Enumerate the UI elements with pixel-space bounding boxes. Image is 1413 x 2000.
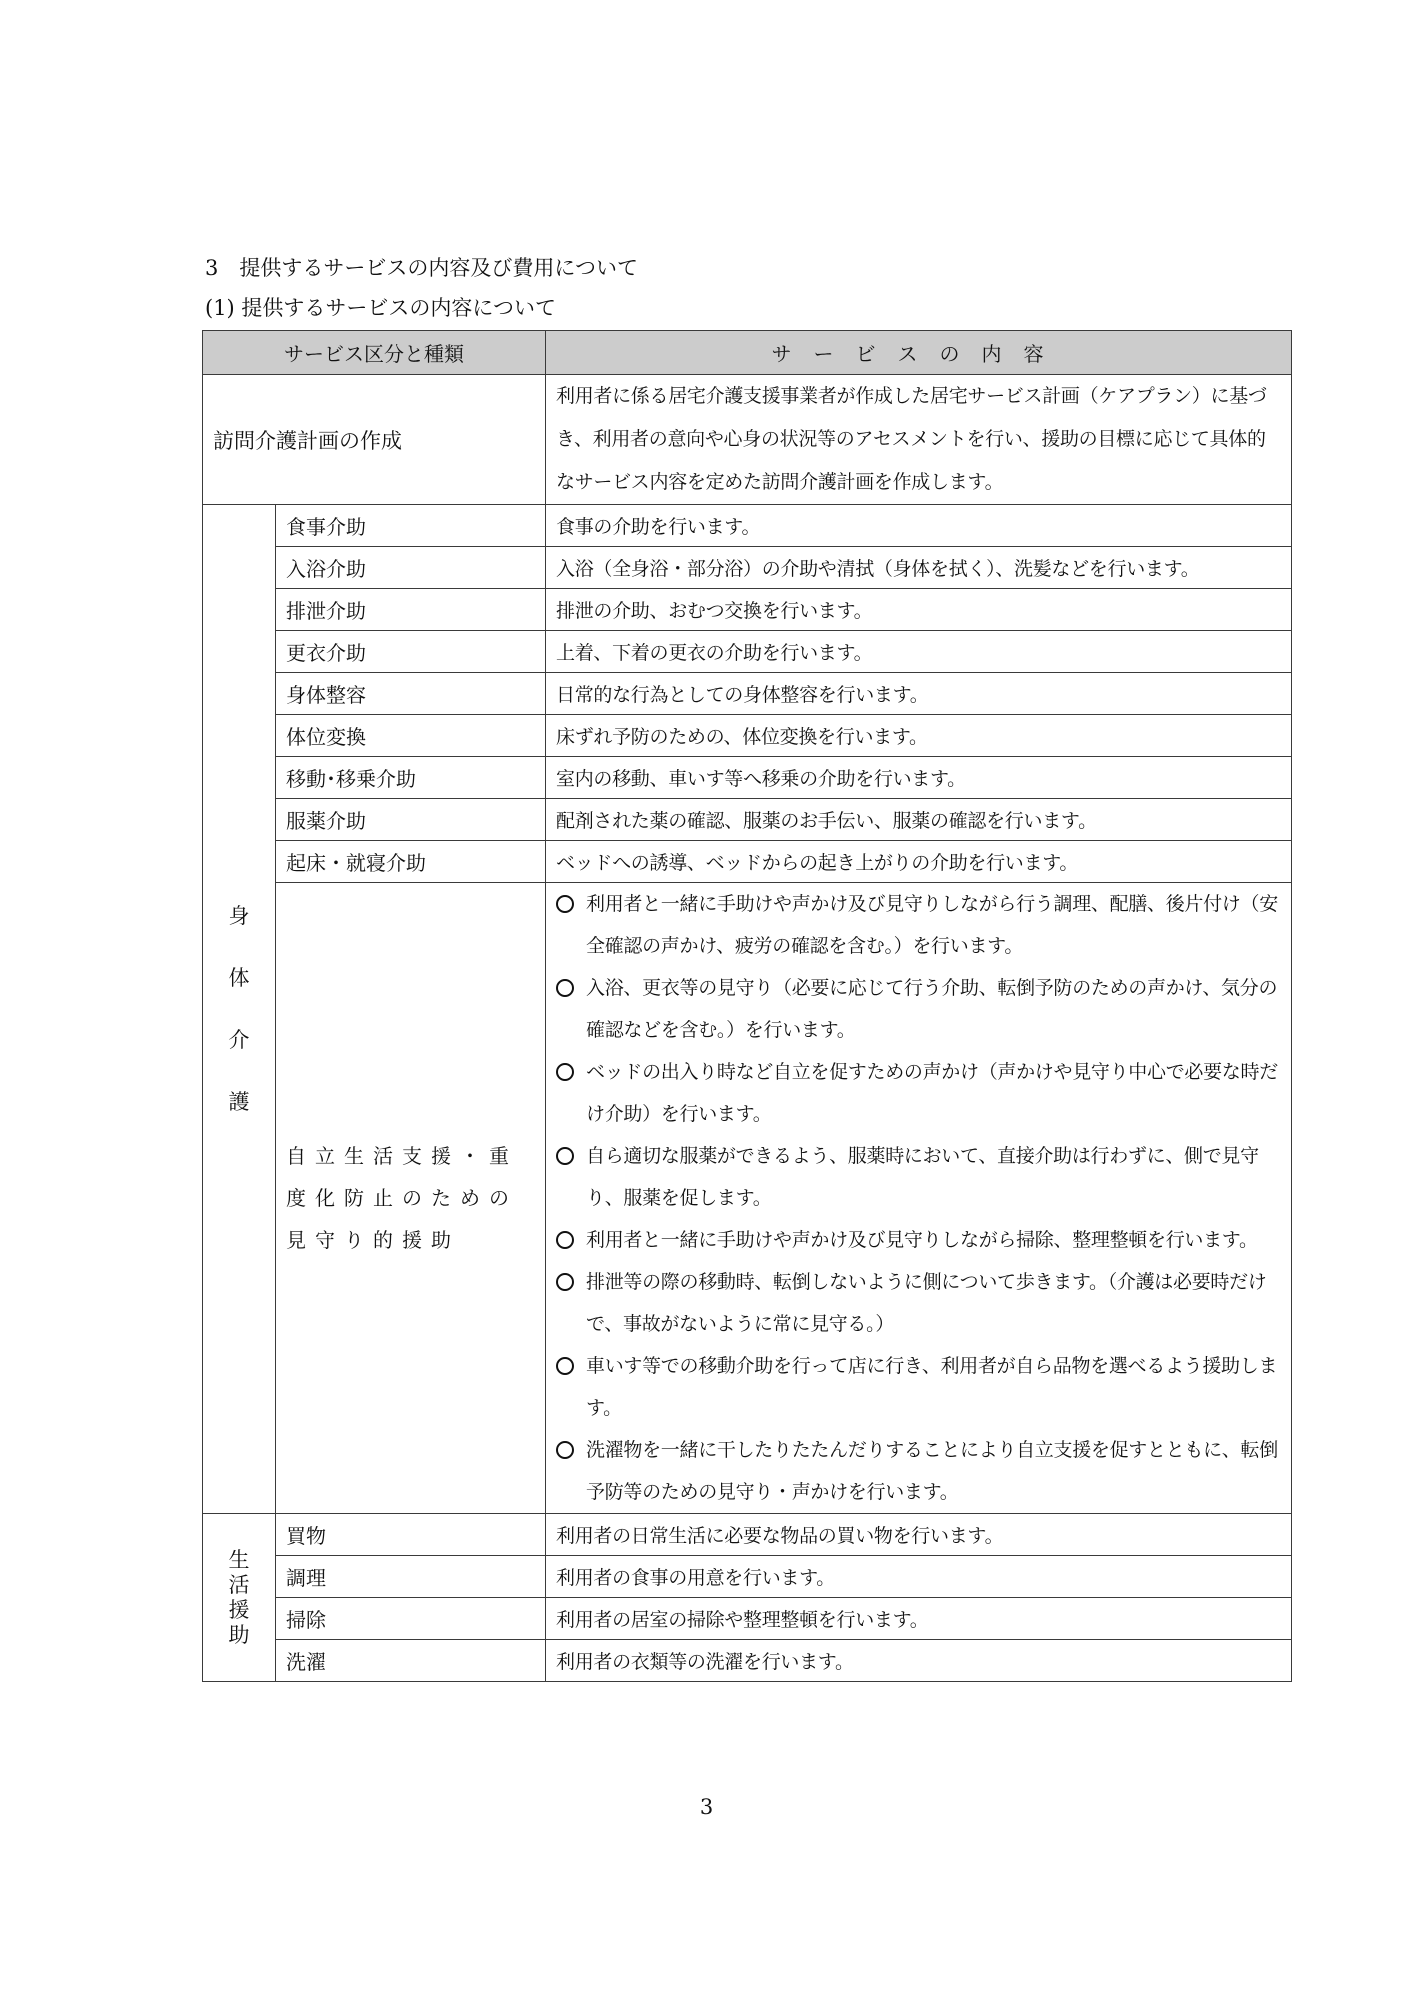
page-number: 3 — [0, 1795, 1413, 1819]
table-row: 体位変換 床ずれ予防のための、体位変換を行います。 — [203, 715, 1292, 757]
service-description: 利用者の居室の掃除や整理整頓を行います。 — [546, 1598, 1292, 1640]
table-row-independence-support: 自立生活支援・重度化防止のための見守り的援助 利用者と一緒に手助けや声かけ及び見… — [203, 883, 1292, 1514]
list-item: 利用者と一緒に手助けや声かけ及び見守りしながら掃除、整理整頓を行います。 — [556, 1219, 1281, 1261]
table-row: 移動･移乗介助 室内の移動、車いす等へ移乗の介助を行います。 — [203, 757, 1292, 799]
circle-bullet-icon — [556, 1441, 574, 1459]
service-type: 起床・就寝介助 — [276, 841, 546, 883]
list-item: 洗濯物を一緒に干したりたたんだりすることにより自立支援を促すとともに、転倒予防等… — [556, 1429, 1281, 1513]
subsection-title: (1) 提供するサービスの内容について — [205, 293, 556, 323]
service-description: 排泄の介助、おむつ交換を行います。 — [546, 589, 1292, 631]
table-row: 身 体 介 護 食事介助 食事の介助を行います。 — [203, 505, 1292, 547]
service-description: 床ずれ予防のための、体位変換を行います。 — [546, 715, 1292, 757]
service-description: 食事の介助を行います。 — [546, 505, 1292, 547]
table-row: 掃除 利用者の居室の掃除や整理整頓を行います。 — [203, 1598, 1292, 1640]
table-row: 洗濯 利用者の衣類等の洗濯を行います。 — [203, 1640, 1292, 1682]
list-item: 入浴、更衣等の見守り（必要に応じて行う介助、転倒予防のための声かけ、気分の確認な… — [556, 967, 1281, 1051]
section-title: 3 提供するサービスの内容及び費用について — [205, 253, 638, 283]
service-type: 洗濯 — [276, 1640, 546, 1682]
group-label-daily-living: 生 活 援 助 — [203, 1514, 276, 1682]
service-description: 利用者の日常生活に必要な物品の買い物を行います。 — [546, 1514, 1292, 1556]
service-type: 身体整容 — [276, 673, 546, 715]
list-item: ベッドの出入り時など自立を促すための声かけ（声かけや見守り中心で必要な時だけ介助… — [556, 1051, 1281, 1135]
service-description: 配剤された薬の確認、服薬のお手伝い、服薬の確認を行います。 — [546, 799, 1292, 841]
table-row: 身体整容 日常的な行為としての身体整容を行います。 — [203, 673, 1292, 715]
table-row: 排泄介助 排泄の介助、おむつ交換を行います。 — [203, 589, 1292, 631]
circle-bullet-icon — [556, 895, 574, 913]
service-description: 利用者の食事の用意を行います。 — [546, 1556, 1292, 1598]
table-row: 生 活 援 助 買物 利用者の日常生活に必要な物品の買い物を行います。 — [203, 1514, 1292, 1556]
service-type: 掃除 — [276, 1598, 546, 1640]
header-category: サービス区分と種類 — [203, 331, 546, 375]
table-row-plan: 訪問介護計画の作成 利用者に係る居宅介護支援事業者が作成した居宅サービス計画（ケ… — [203, 375, 1292, 505]
table-row: 入浴介助 入浴（全身浴・部分浴）の介助や清拭（身体を拭く）、洗髪などを行います。 — [203, 547, 1292, 589]
service-type: 移動･移乗介助 — [276, 757, 546, 799]
service-content-table: サービス区分と種類 サービスの内容 訪問介護計画の作成 利用者に係る居宅介護支援… — [202, 330, 1292, 1682]
service-type: 排泄介助 — [276, 589, 546, 631]
service-type: 服薬介助 — [276, 799, 546, 841]
table-row: 起床・就寝介助 ベッドへの誘導、ベッドからの起き上がりの介助を行います。 — [203, 841, 1292, 883]
circle-bullet-icon — [556, 979, 574, 997]
list-item: 自ら適切な服薬ができるよう、服薬時において、直接介助は行わずに、側で見守り、服薬… — [556, 1135, 1281, 1219]
list-item: 利用者と一緒に手助けや声かけ及び見守りしながら行う調理、配膳、後片付け（安全確認… — [556, 883, 1281, 967]
service-type: 自立生活支援・重度化防止のための見守り的援助 — [276, 883, 546, 1514]
table-row: 服薬介助 配剤された薬の確認、服薬のお手伝い、服薬の確認を行います。 — [203, 799, 1292, 841]
circle-bullet-icon — [556, 1063, 574, 1081]
service-description: 入浴（全身浴・部分浴）の介助や清拭（身体を拭く）、洗髪などを行います。 — [546, 547, 1292, 589]
service-description: 日常的な行為としての身体整容を行います。 — [546, 673, 1292, 715]
group-label-physical-care: 身 体 介 護 — [203, 505, 276, 1514]
table-row: 更衣介助 上着、下着の更衣の介助を行います。 — [203, 631, 1292, 673]
service-description: 上着、下着の更衣の介助を行います。 — [546, 631, 1292, 673]
table-row: 調理 利用者の食事の用意を行います。 — [203, 1556, 1292, 1598]
list-item: 排泄等の際の移動時、転倒しないように側について歩きます。（介護は必要時だけで、事… — [556, 1261, 1281, 1345]
service-description: 室内の移動、車いす等へ移乗の介助を行います。 — [546, 757, 1292, 799]
header-content: サービスの内容 — [546, 331, 1292, 375]
service-description: 利用者の衣類等の洗濯を行います。 — [546, 1640, 1292, 1682]
service-type: 更衣介助 — [276, 631, 546, 673]
list-item: 車いす等での移動介助を行って店に行き、利用者が自ら品物を選べるよう援助します。 — [556, 1345, 1281, 1429]
service-type: 買物 — [276, 1514, 546, 1556]
service-type: 食事介助 — [276, 505, 546, 547]
service-description: ベッドへの誘導、ベッドからの起き上がりの介助を行います。 — [546, 841, 1292, 883]
service-type: 調理 — [276, 1556, 546, 1598]
circle-bullet-icon — [556, 1273, 574, 1291]
circle-bullet-icon — [556, 1357, 574, 1375]
bullet-list: 利用者と一緒に手助けや声かけ及び見守りしながら行う調理、配膳、後片付け（安全確認… — [546, 883, 1292, 1514]
circle-bullet-icon — [556, 1231, 574, 1249]
service-type: 体位変換 — [276, 715, 546, 757]
table-header-row: サービス区分と種類 サービスの内容 — [203, 331, 1292, 375]
plan-label: 訪問介護計画の作成 — [203, 375, 546, 505]
service-type: 入浴介助 — [276, 547, 546, 589]
plan-content: 利用者に係る居宅介護支援事業者が作成した居宅サービス計画（ケアプラン）に基づき、… — [546, 375, 1292, 505]
circle-bullet-icon — [556, 1147, 574, 1165]
